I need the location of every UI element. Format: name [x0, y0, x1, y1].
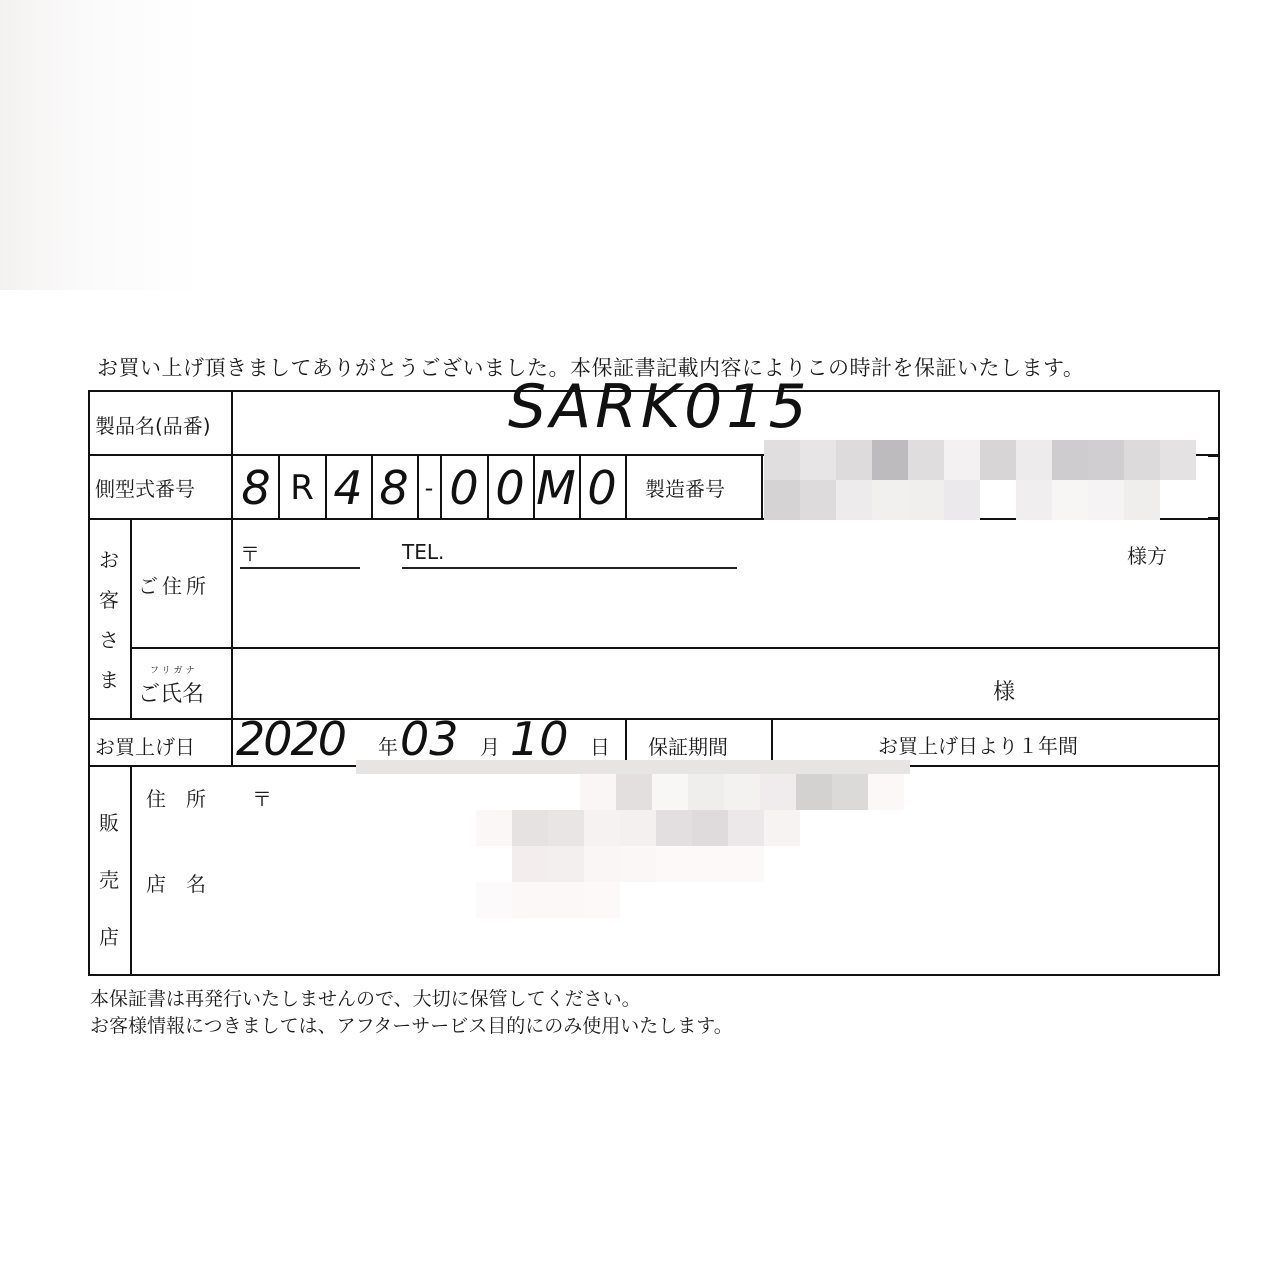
- case-char: 0: [442, 458, 486, 518]
- case-char: 0: [488, 458, 532, 518]
- group-col-divider: [130, 518, 132, 718]
- case-char: 0: [580, 458, 624, 518]
- year-unit: 年: [378, 731, 398, 760]
- purchase-year: 2020: [236, 712, 345, 766]
- dealer-postal-mark: 〒: [252, 783, 272, 812]
- row-divider: [131, 647, 1220, 649]
- tel-label: TEL.: [402, 540, 444, 564]
- footer-note-privacy: お客様情報につきましては、アフターサービス目的にのみ使用いたします。: [90, 1011, 733, 1038]
- furigana-label: フリガナ: [150, 663, 198, 676]
- case-char: M: [534, 458, 578, 518]
- dealer-address-label: 住 所: [146, 783, 206, 812]
- product-name-value: SARK015: [508, 372, 811, 442]
- tel-field: [402, 567, 737, 569]
- case-number-label: 側型式番号: [95, 473, 195, 502]
- label-col-divider: [231, 390, 233, 765]
- purchase-date-label: お買上げ日: [95, 731, 195, 760]
- dealer-shop-label: 店 名: [146, 868, 206, 897]
- case-char: -: [418, 458, 440, 518]
- cell-divider: [625, 454, 627, 518]
- tick-mark: [1208, 455, 1220, 457]
- paper-shadow: [0, 0, 1280, 290]
- customer-address-label: ご住所: [138, 570, 210, 599]
- customer-name-label: ご氏名: [138, 677, 204, 708]
- case-char: 4: [326, 458, 370, 518]
- address-suffix: 様方: [1127, 540, 1167, 569]
- postal-code-field: [240, 567, 360, 569]
- postal-mark: 〒: [240, 538, 260, 567]
- serial-number-label: 製造番号: [645, 473, 725, 502]
- customer-group-label: お客さま: [97, 540, 121, 700]
- dealer-group-label: 販売店: [97, 795, 121, 966]
- case-char: R: [280, 458, 324, 518]
- case-char: 8: [372, 458, 416, 518]
- month-unit: 月: [480, 731, 500, 760]
- group-col-divider: [130, 765, 132, 976]
- case-char: 8: [234, 458, 278, 518]
- warranty-period-value: お買上げ日より１年間: [878, 730, 1078, 759]
- day-unit: 日: [590, 731, 610, 760]
- product-name-label: 製品名(品番): [95, 410, 211, 439]
- purchase-day: 10: [510, 712, 569, 766]
- cell-divider: [625, 718, 627, 765]
- cell-divider: [761, 454, 763, 518]
- warranty-period-label: 保証期間: [648, 731, 728, 760]
- tick-mark: [1208, 517, 1220, 519]
- purchase-month: 03: [400, 712, 459, 766]
- footer-note-reissue: 本保証書は再発行いたしませんので、大切に保管してください。: [90, 984, 641, 1011]
- cell-divider: [771, 718, 773, 765]
- name-suffix: 様: [993, 675, 1015, 706]
